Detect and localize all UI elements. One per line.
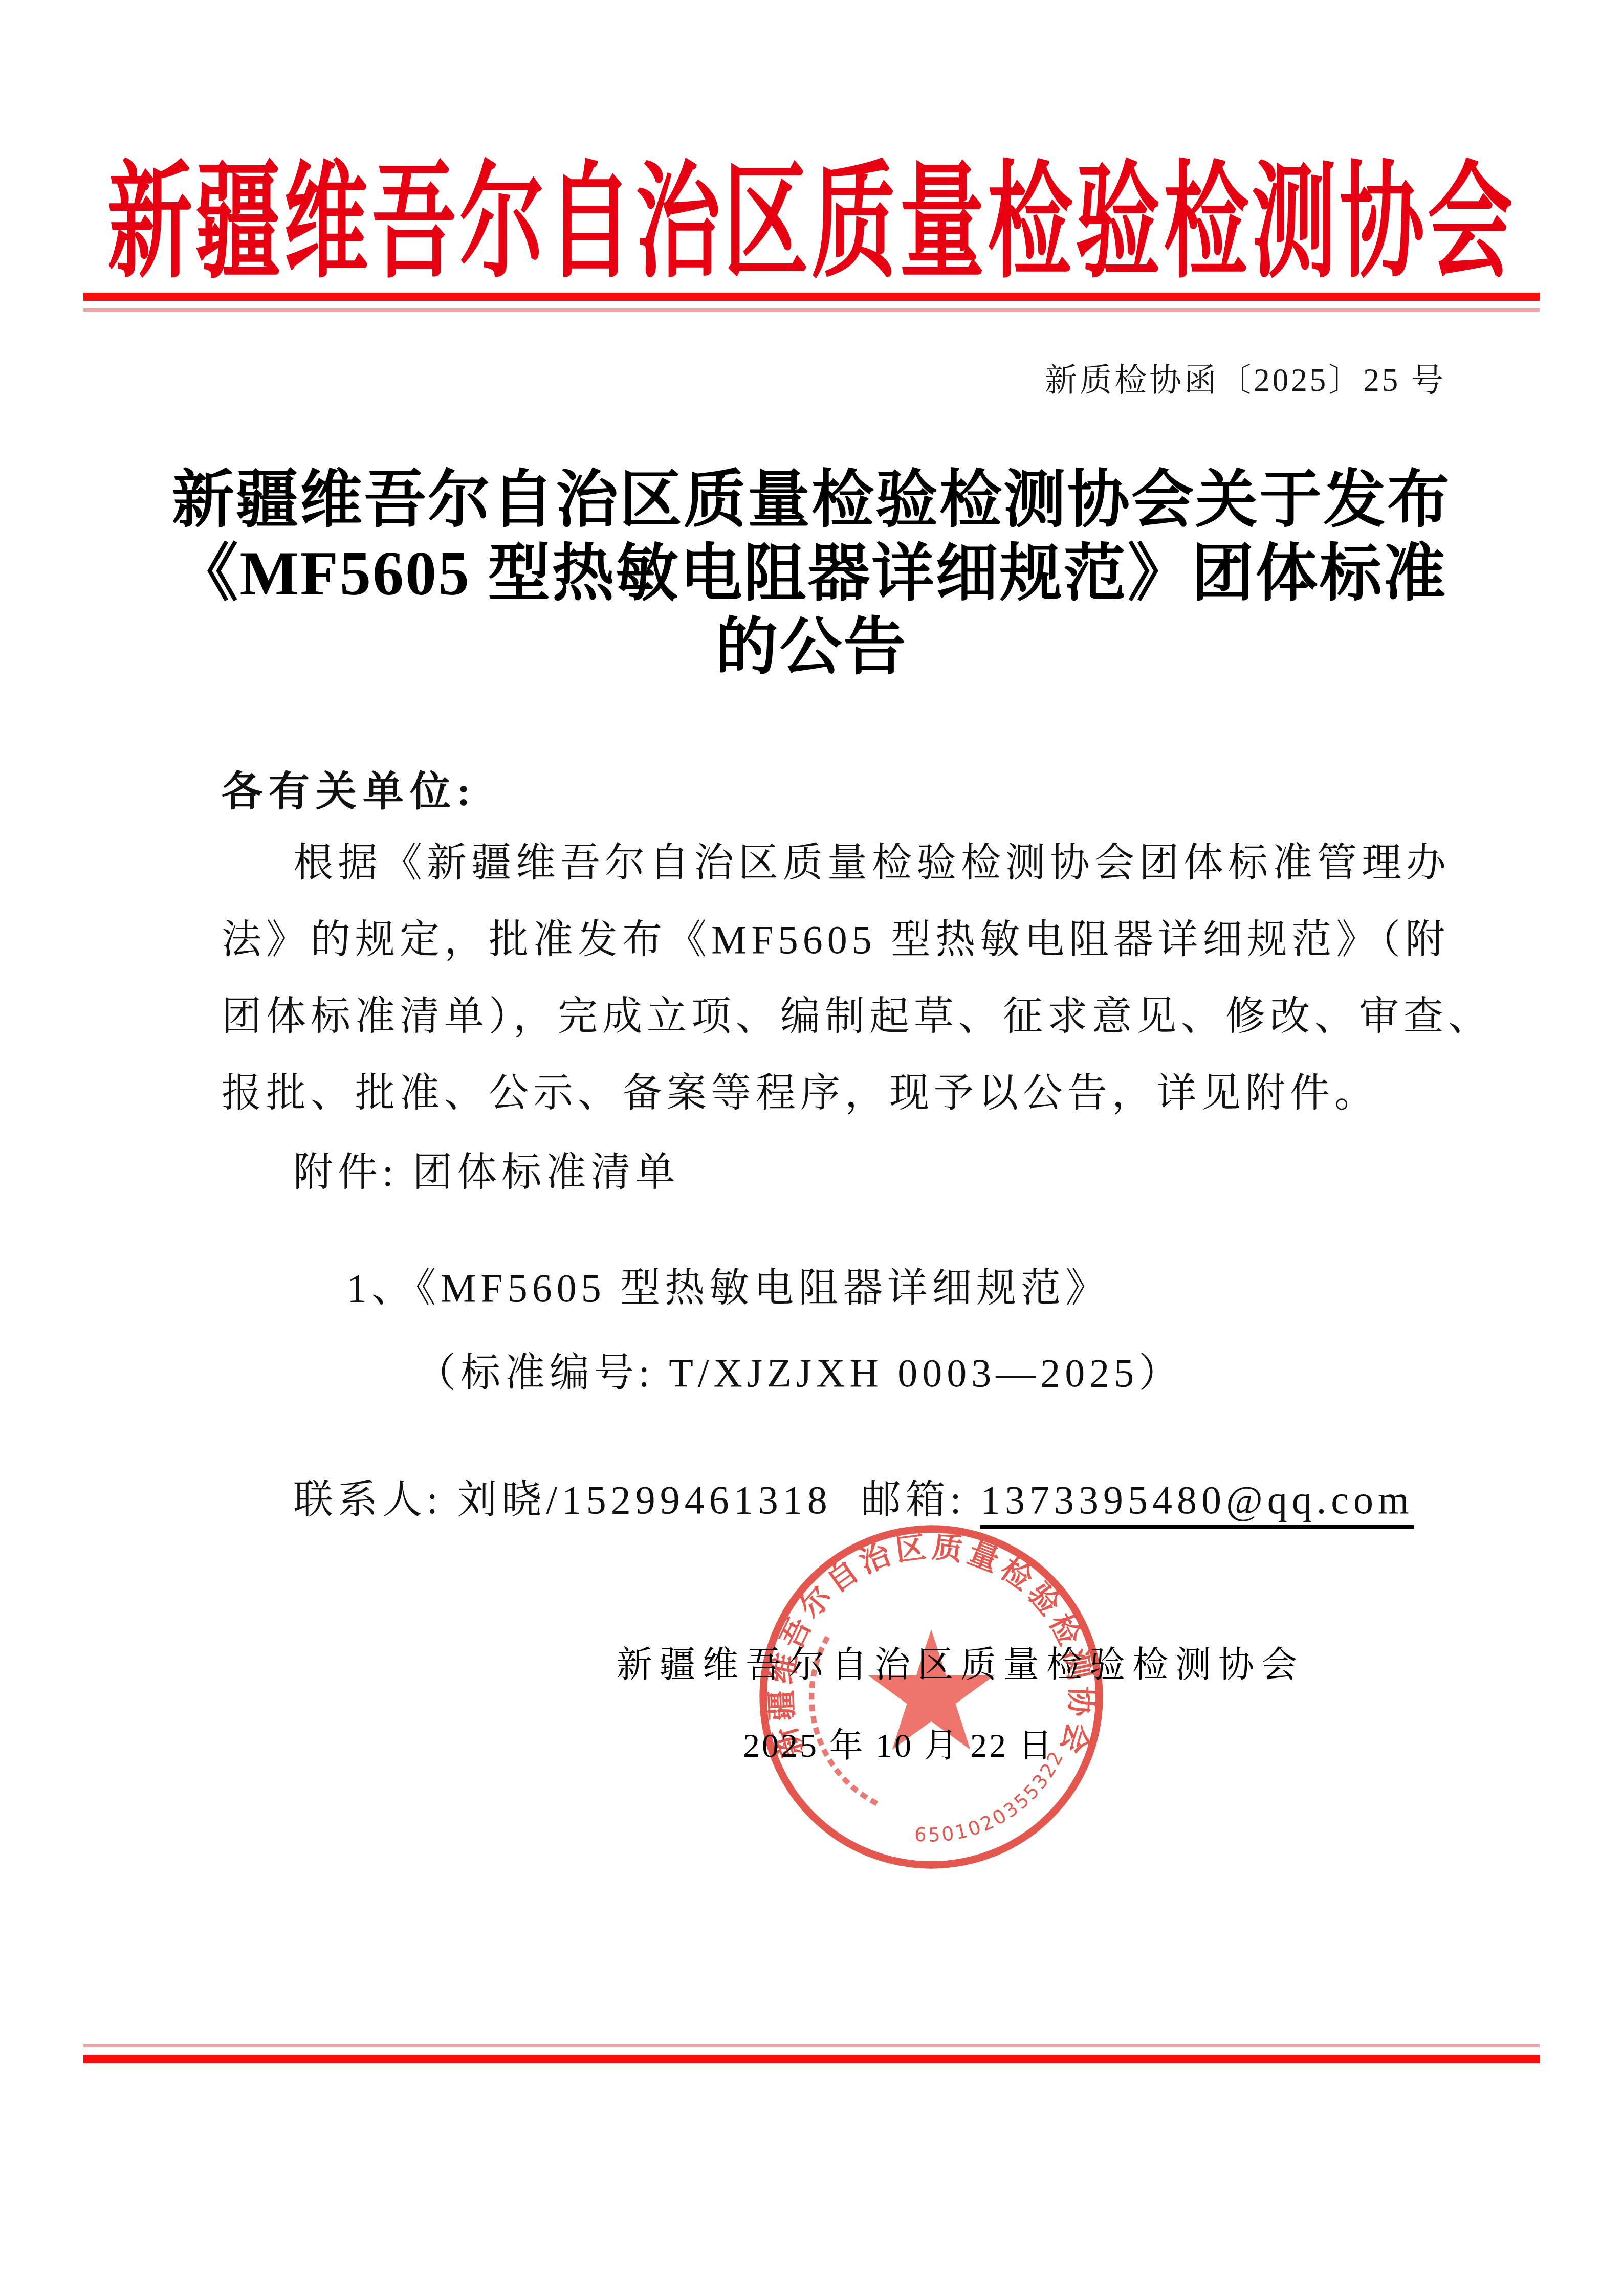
contact-person: 刘晓/15299461318	[457, 1477, 832, 1522]
header-rule-thin	[83, 308, 1540, 312]
official-seal: 新疆维吾尔自治区质量检验检测协会 6501020355322	[755, 1520, 1108, 1873]
announcement-title-line1: 新疆维吾尔自治区质量检验检测协会关于发布	[0, 463, 1623, 537]
attachment-list-item-1: 1、《MF5605 型热敏电阻器详细规范》	[222, 1257, 1110, 1319]
seal-code-textpath: 6501020355322	[914, 1746, 1069, 1846]
contact-label: 联系人:	[293, 1477, 457, 1522]
attachment-label: 附件: 团体标准清单	[222, 1142, 679, 1203]
header-rule-thick	[83, 293, 1540, 301]
paragraph-line: 根据《新疆维吾尔自治区质量检验检测协会团体标准管理办	[222, 825, 1410, 901]
email-label: 邮箱:	[832, 1477, 980, 1522]
seal-inner-script-arc	[812, 1637, 881, 1805]
body-paragraph: 根据《新疆维吾尔自治区质量检验检测协会团体标准管理办 法》的规定，批准发布《MF…	[222, 825, 1410, 1132]
seal-star-icon	[868, 1629, 994, 1750]
standard-number-line: （标准编号: T/XJZJXH 0003—2025）	[222, 1342, 1183, 1404]
document-number: 新质检协函〔2025〕25 号	[1045, 354, 1446, 401]
seal-code-text: 6501020355322	[914, 1746, 1069, 1846]
official-document-page: 新疆维吾尔自治区质量检验检测协会 新质检协函〔2025〕25 号 新疆维吾尔自治…	[0, 0, 1623, 2296]
footer-rule-thin	[83, 2044, 1540, 2047]
announcement-title-line3: 的公告	[0, 611, 1623, 685]
letterhead-org-title: 新疆维吾尔自治区质量检验检测协会	[0, 122, 1623, 302]
announcement-title: 新疆维吾尔自治区质量检验检测协会关于发布 《MF5605 型热敏电阻器详细规范》…	[0, 463, 1623, 685]
footer-rule-thick	[83, 2055, 1540, 2063]
paragraph-line: 团体标准清单），完成立项、编制起草、征求意见、修改、审查、	[222, 978, 1410, 1055]
announcement-title-line2: 《MF5605 型热敏电阻器详细规范》团体标准	[0, 537, 1623, 611]
salutation: 各有关单位:	[222, 758, 477, 817]
paragraph-line: 法》的规定，批准发布《MF5605 型热敏电阻器详细规范》（附	[222, 901, 1410, 978]
paragraph-line: 报批、批准、公示、备案等程序，现予以公告，详见附件。	[222, 1055, 1410, 1132]
